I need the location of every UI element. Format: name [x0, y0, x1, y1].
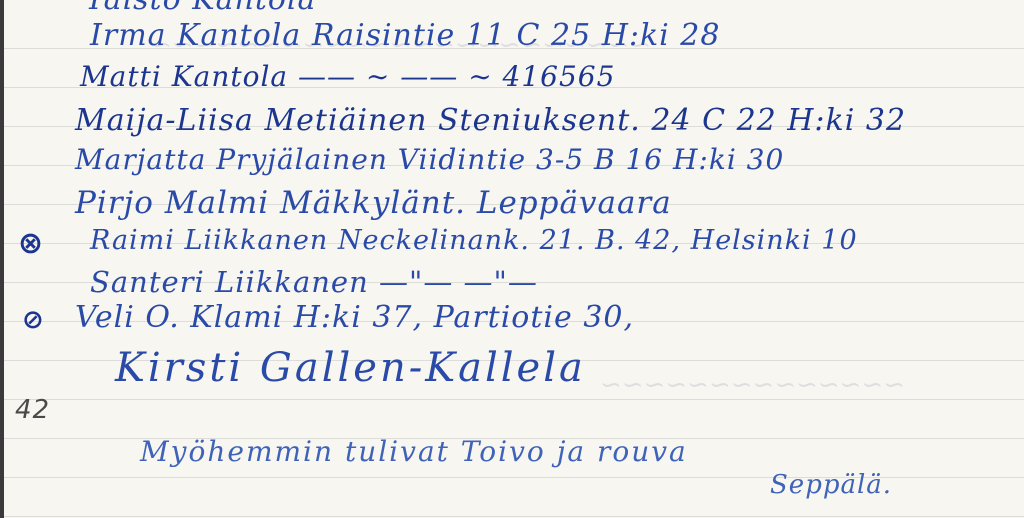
struck-circle-mark-icon: ⊘	[22, 305, 44, 335]
entry-matti-kantola: Matti Kantola —— ∼ —— ∼ 416565	[80, 60, 615, 93]
entry-marjatta-pryjalainen: Marjatta Pryjälainen Viidintie 3-5 B 16 …	[75, 143, 784, 176]
entry-santeri-liikkanen: Santeri Liikkanen —"— —"—	[90, 265, 538, 299]
bleed-through-text: ~~~~~~~~~~~~~~	[600, 370, 905, 400]
notebook-page: ~~~~~~~~~~~~~~~~~~~~~~~ ~~~~~~~~~~~~~~ T…	[0, 0, 1024, 518]
entry-maija-liisa-metiainen: Maija-Liisa Metiäinen Steniuksent. 24 C …	[75, 103, 906, 138]
entry-pirjo-malmi: Pirjo Malmi Mäkkylänt. Leppävaara	[75, 185, 672, 221]
entry-veli-o-klami: Veli O. Klami H:ki 37, Partiotie 30,	[75, 300, 634, 335]
footer-note-line-1: Myöhemmin tulivat Toivo ja rouva	[140, 435, 688, 468]
entry-raimi-liikkanen: Raimi Liikkanen Neckelinank. 21. B. 42, …	[90, 225, 858, 256]
partial-entry-top: Taisto Kantola	[85, 0, 316, 17]
page-binding-edge	[0, 0, 4, 518]
entry-kirsti-gallen-kallela: Kirsti Gallen-Kallela	[115, 345, 586, 391]
entry-irma-kantola: Irma Kantola Raisintie 11 C 25 H:ki 28	[90, 18, 721, 53]
crossed-circle-mark-icon: ⊗	[18, 226, 43, 261]
footer-note-line-2: Seppälä.	[770, 470, 892, 500]
page-number: 42	[15, 395, 50, 425]
